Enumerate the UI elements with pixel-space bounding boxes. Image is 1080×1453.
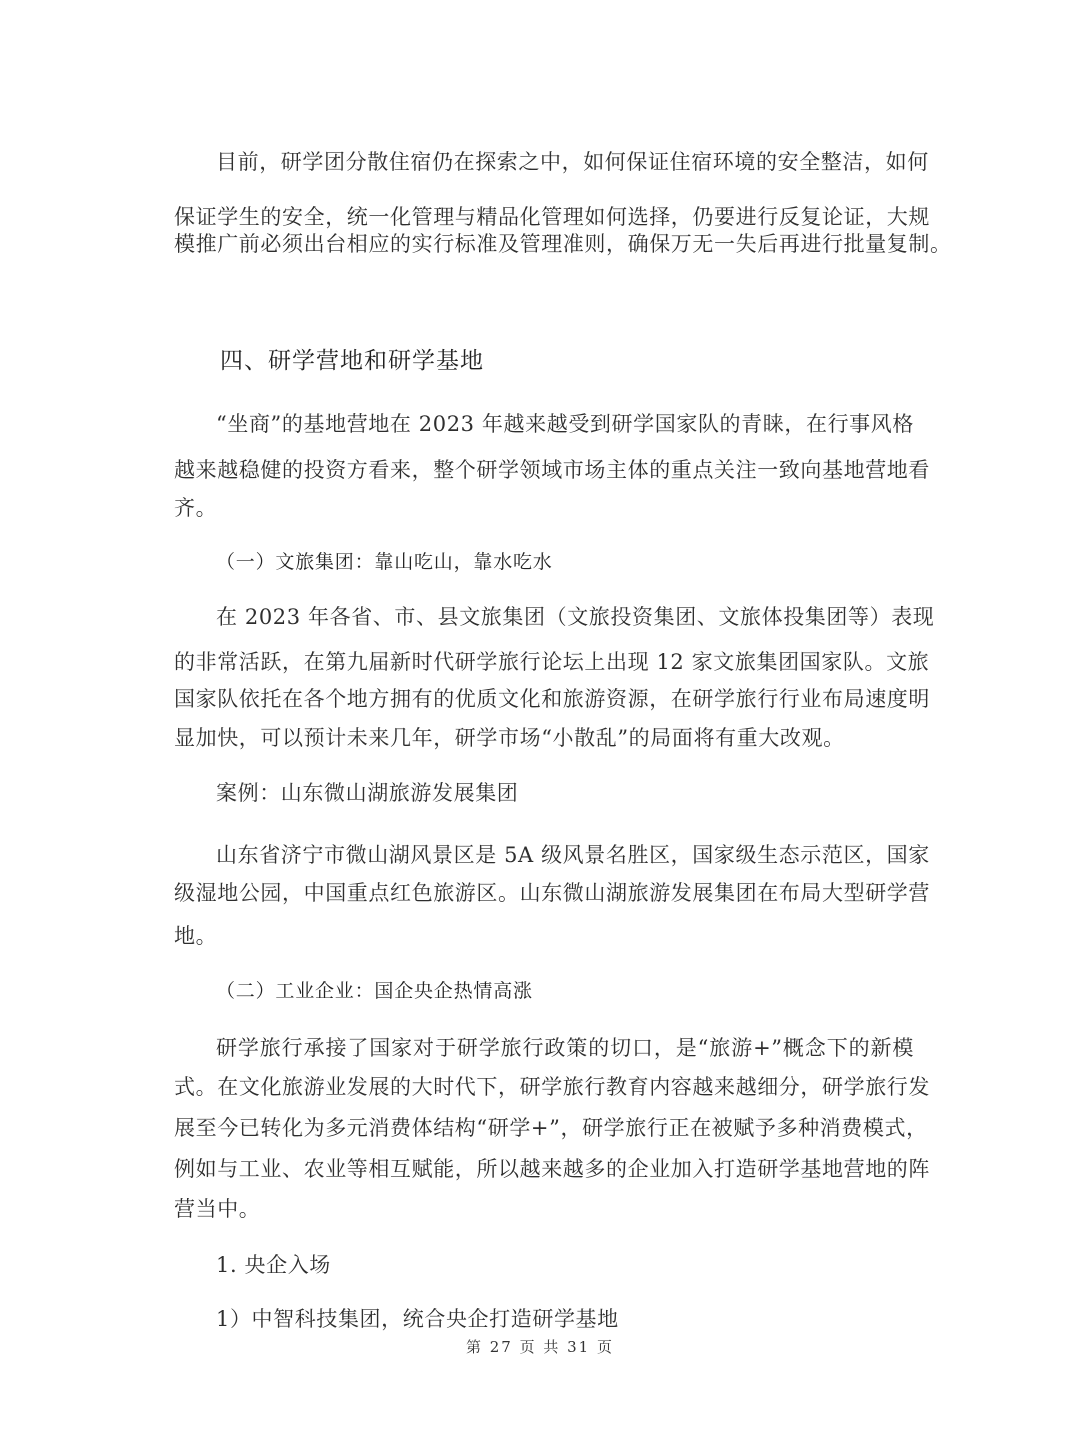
paragraph-line: 地。 xyxy=(174,922,914,950)
paragraph-line: 营当中。 xyxy=(174,1195,914,1223)
section-heading: 四、研学营地和研学基地 xyxy=(220,346,484,376)
subsection-heading: （二）工业企业：国企央企热情高涨 xyxy=(216,977,533,1005)
paragraph-line: 级湿地公园，中国重点红色旅游区。山东微山湖旅游发展集团在布局大型研学营 xyxy=(174,879,914,907)
document-page: 目前，研学团分散住宿仍在探索之中，如何保证住宿环境的安全整洁，如何 保证学生的安… xyxy=(0,0,1080,1453)
paragraph-line: 越来越稳健的投资方看来，整个研学领域市场主体的重点关注一致向基地营地看 xyxy=(174,456,914,484)
paragraph-line: 显加快，可以预计未来几年，研学市场“小散乱”的局面将有重大改观。 xyxy=(174,724,914,752)
paragraph-line: 保证学生的安全，统一化管理与精品化管理如何选择，仍要进行反复论证，大规 xyxy=(174,203,914,231)
paragraph-line: “坐商”的基地营地在 2023 年越来越受到研学国家队的青睐，在行事风格 xyxy=(216,410,914,438)
paragraph-line: 目前，研学团分散住宿仍在探索之中，如何保证住宿环境的安全整洁，如何 xyxy=(216,148,914,176)
paragraph-line: 模推广前必须出台相应的实行标准及管理准则，确保万无一失后再进行批量复制。 xyxy=(174,230,914,258)
list-item: 1. 央企入场 xyxy=(216,1251,956,1279)
paragraph-line: 展至今已转化为多元消费体结构“研学+”，研学旅行正在被赋予多种消费模式， xyxy=(174,1114,914,1142)
subsection-heading: （一）文旅集团：靠山吃山，靠水吃水 xyxy=(216,548,553,576)
list-item: 1）中智科技集团，统合央企打造研学基地 xyxy=(216,1305,956,1333)
paragraph-line: 例如与工业、农业等相互赋能，所以越来越多的企业加入打造研学基地营地的阵 xyxy=(174,1155,914,1183)
paragraph-line: 式。在文化旅游业发展的大时代下，研学旅行教育内容越来越细分，研学旅行发 xyxy=(174,1073,914,1101)
paragraph-line: 的非常活跃，在第九届新时代研学旅行论坛上出现 12 家文旅集团国家队。文旅 xyxy=(174,648,914,676)
paragraph-line: 齐。 xyxy=(174,494,914,522)
paragraph-line: 在 2023 年各省、市、县文旅集团（文旅投资集团、文旅体投集团等）表现 xyxy=(216,603,914,631)
paragraph-line: 国家队依托在各个地方拥有的优质文化和旅游资源，在研学旅行行业布局速度明 xyxy=(174,685,914,713)
paragraph-line: 山东省济宁市微山湖风景区是 5A 级风景名胜区，国家级生态示范区，国家 xyxy=(216,841,914,869)
case-label: 案例：山东微山湖旅游发展集团 xyxy=(216,779,956,807)
page-number: 第 27 页 共 31 页 xyxy=(0,1337,1080,1357)
paragraph-line: 研学旅行承接了国家对于研学旅行政策的切口，是“旅游+”概念下的新模 xyxy=(216,1034,914,1062)
